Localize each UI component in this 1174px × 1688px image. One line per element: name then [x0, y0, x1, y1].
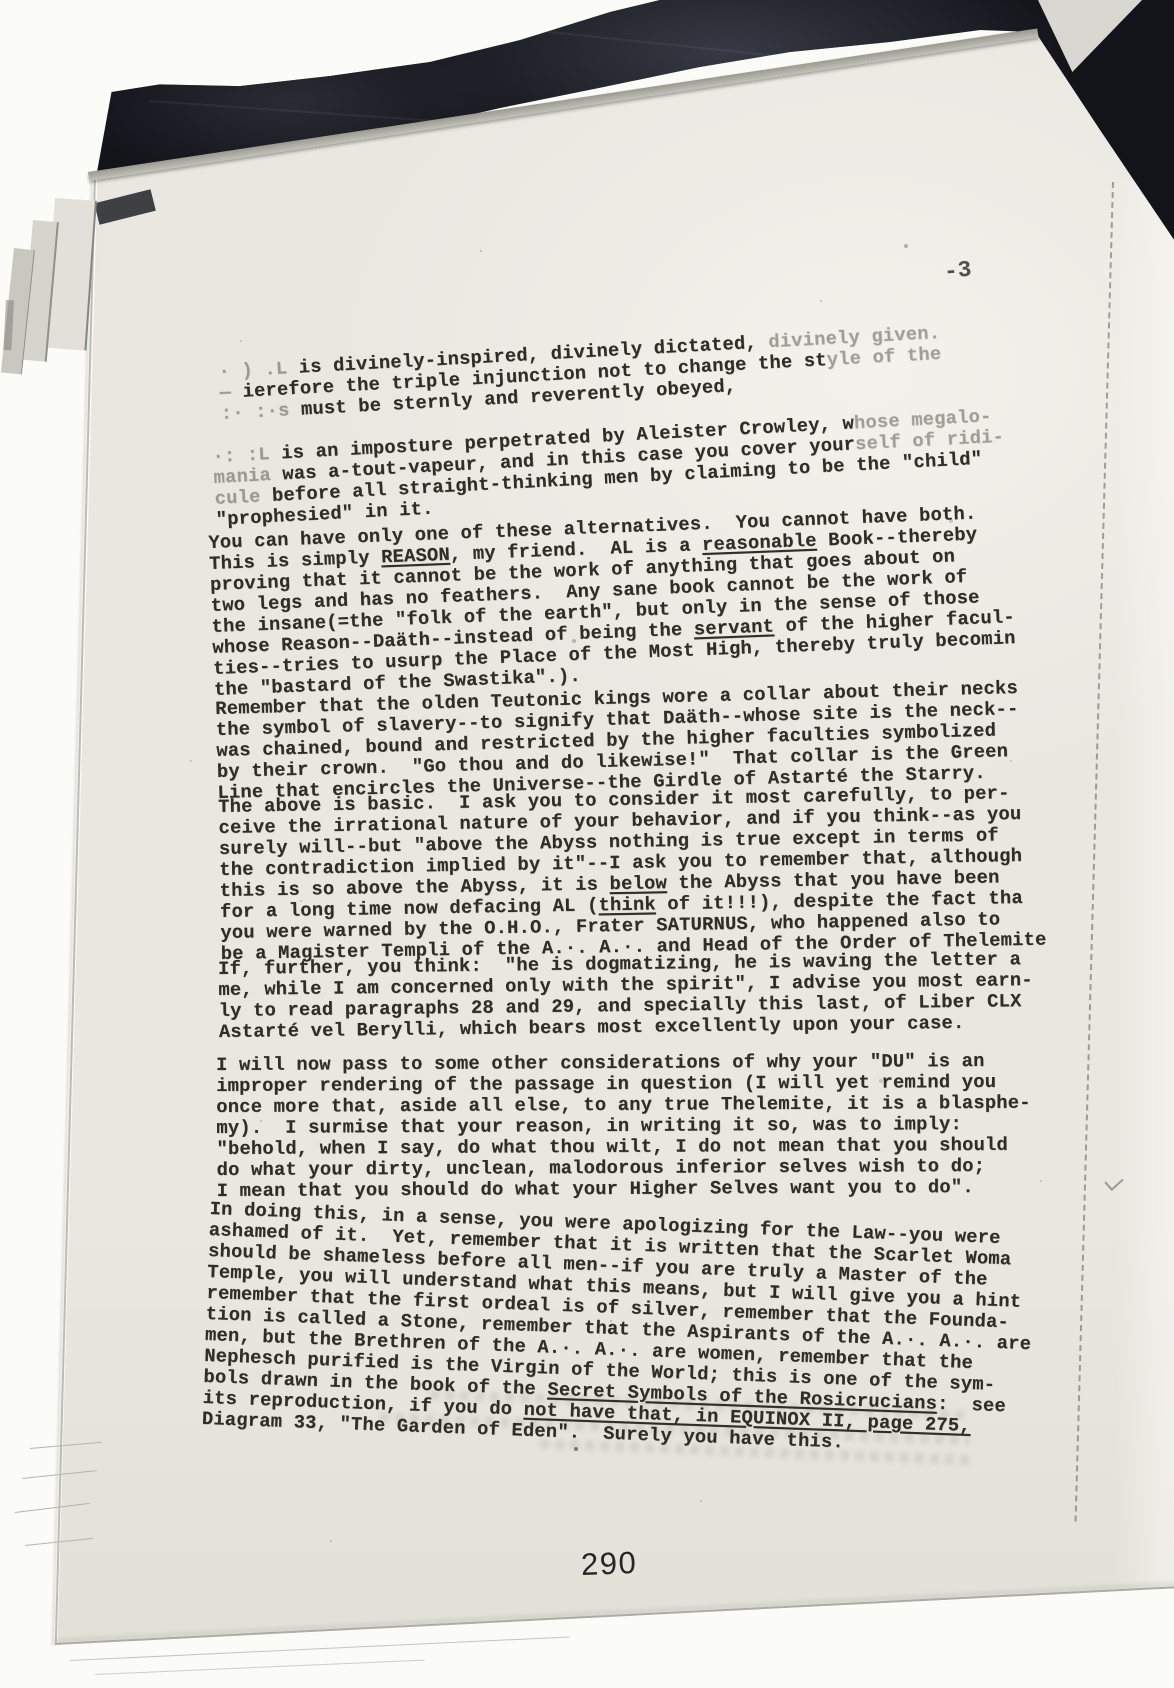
paper-speckles [0, 0, 2, 2]
book-photo: -3 · ) .L is divinely-inspired, divinely… [0, 0, 1174, 1688]
letter-paragraph: If, further, you think: "he is dogmatizi… [218, 949, 1033, 1043]
next-page-edge [1116, 180, 1174, 1588]
letter-paragraph: In doing this, in a sense, you were apol… [202, 1199, 1036, 1460]
book-page-number: 290 [580, 1545, 637, 1583]
letter-page-number: -3 [943, 257, 973, 285]
letter-paragraph: I will now pass to some other considerat… [216, 1051, 1031, 1202]
page-stack-sheet-edge [95, 1660, 425, 1675]
letter-paragraph: The above is basic. I ask you to conside… [218, 783, 1047, 965]
letter-paragraph: You can have only one of these alternati… [208, 502, 1017, 701]
